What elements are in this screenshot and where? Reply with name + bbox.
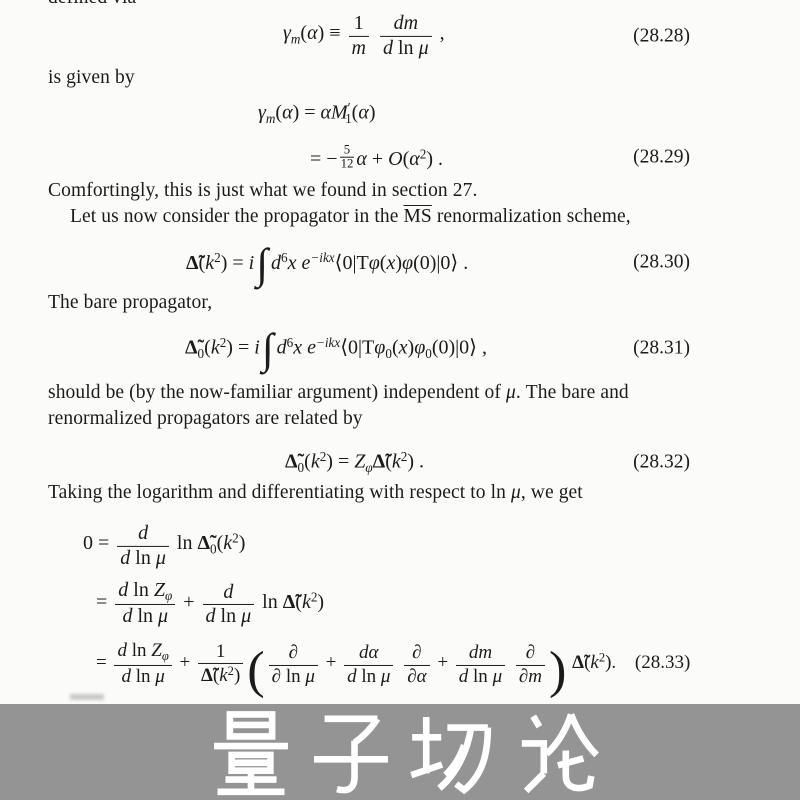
equation-28-32-label: (28.32) [48, 452, 690, 472]
print-artifact [70, 694, 104, 700]
equation-28-29-line1: γm(α) = αM′1(α) [258, 101, 376, 125]
banner-char-chang [402, 710, 498, 798]
equation-28-33-label: (28.33) [635, 652, 690, 673]
book-page: defined via γm(α) ≡ 1m dmd ln μ , (28.28… [0, 0, 800, 800]
banner-char-lun [506, 710, 608, 798]
banner-char-zi [306, 710, 396, 798]
equation-28-28-label: (28.28) [48, 26, 690, 46]
paragraph-defined-via: defined via [48, 0, 136, 10]
banner-title [0, 704, 800, 800]
paragraph-comfortingly: Comfortingly, this is just what we found… [48, 179, 477, 203]
paragraph-let-us: Let us now consider the propagator in th… [70, 205, 631, 229]
equation-28-33-line3-body: = d ln Zφd ln μ + 1Δ̃(k2)(∂∂ ln μ + dαd … [96, 652, 616, 673]
paragraph-taking: Taking the logarithm and differentiating… [48, 481, 583, 505]
banner-char-liang [206, 710, 296, 798]
paragraph-bare-propagator: The bare propagator, [48, 291, 212, 315]
equation-28-33-line1: 0 = dd ln μ ln Δ̃0(k2) [83, 523, 245, 569]
paragraph-should-be-line1: should be (by the now-familiar argument)… [48, 381, 629, 405]
equation-28-33-line2: = d ln Zφd ln μ + dd ln μ ln Δ̃(k2) [96, 580, 324, 628]
paragraph-is-given-by: is given by [48, 66, 135, 90]
equation-28-33-line3: = d ln Zφd ln μ + 1Δ̃(k2)(∂∂ ln μ + dαd … [96, 641, 690, 687]
paragraph-should-be-line2: renormalized propagators are related by [48, 407, 363, 431]
equation-28-30-label: (28.30) [48, 252, 690, 272]
equation-28-31-label: (28.31) [48, 338, 690, 358]
equation-28-29-label: (28.29) [48, 147, 690, 167]
